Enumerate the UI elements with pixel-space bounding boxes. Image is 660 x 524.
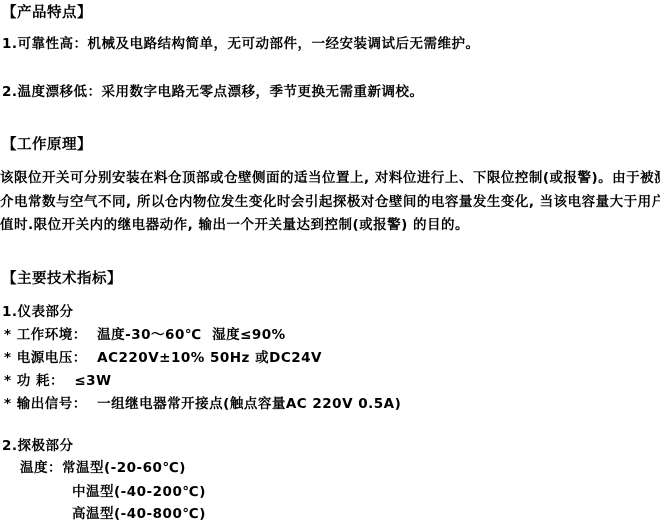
specs-section-title: 【主要技术指标】 [2, 271, 122, 287]
feature-item-temperature-drift: 2.温度漂移低：采用数字电路无零点漂移，季节更换无需重新调校。 [2, 84, 424, 100]
principle-paragraph-line-3: 值时.限位开关内的继电器动作, 输出一个开关量达到控制(或报警) 的目的。 [0, 217, 469, 233]
spec-item-power-supply: * 电源电压： AC220V±10% 50Hz 或DC24V [4, 350, 322, 366]
features-section-title: 【产品特点】 [2, 5, 92, 21]
spec-item-output-signal: * 输出信号： 一组继电器常开接点(触点容量AC 220V 0.5A) [4, 396, 401, 412]
product-spec-document: 【产品特点】 1.可靠性高：机械及电路结构简单，无可动部件，一经安装调试后无需维… [0, 0, 660, 524]
principle-paragraph-line-1: 该限位开关可分别安装在料仓顶部或仓壁侧面的适当位置上, 对料位进行上、下限位控制… [0, 170, 660, 186]
probe-temp-medium: 中温型(-40-200℃) [72, 484, 206, 500]
principle-section-title: 【工作原理】 [2, 137, 92, 153]
probe-temp-normal: 温度：常温型(-20-60℃) [20, 460, 186, 476]
instrument-part-heading: 1.仪表部分 [2, 304, 74, 320]
feature-item-reliability: 1.可靠性高：机械及电路结构简单，无可动部件，一经安装调试后无需维护。 [2, 36, 480, 52]
probe-part-heading: 2.探极部分 [2, 438, 74, 454]
spec-item-working-environment: * 工作环境： 温度-30～60℃ 湿度≤90% [4, 327, 286, 343]
probe-temp-high: 高温型(-40-800℃) [72, 506, 206, 522]
principle-paragraph-line-2: 介电常数与空气不同, 所以仓内物位发生变化时会引起探极对仓壁间的电容量发生变化,… [0, 194, 660, 210]
spec-item-power-consumption: * 功 耗： ≤3W [4, 373, 111, 389]
